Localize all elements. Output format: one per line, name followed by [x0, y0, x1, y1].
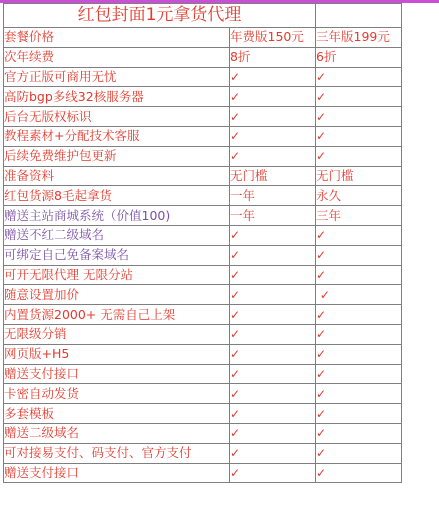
plan-a-cell: ✓	[230, 146, 316, 166]
plan-b-cell: 6折	[316, 47, 402, 67]
title-empty-cell	[316, 4, 402, 28]
feature-cell: 后续免费维护包更新	[4, 146, 230, 166]
feature-cell: 赠送二级域名	[4, 423, 230, 443]
feature-cell: 教程素材+分配技术客服	[4, 126, 230, 146]
table-row: 赠送不红二级域名✓✓	[4, 225, 402, 245]
feature-cell: 后台无版权标识	[4, 107, 230, 127]
plan-b-cell: ✓	[316, 225, 402, 245]
plan-a-cell: ✓	[230, 404, 316, 424]
plan-a-cell: ✓	[230, 305, 316, 325]
feature-cell: 卡密自动发货	[4, 384, 230, 404]
plan-a-cell: ✓	[230, 67, 316, 87]
plan-a-cell: ✓	[230, 285, 316, 305]
feature-cell: 高防bgp多线32核服务器	[4, 87, 230, 107]
title-row: 红包封面1元拿货代理	[4, 4, 402, 28]
header-row: 套餐价格 年费版150元 三年版199元	[4, 28, 402, 48]
feature-cell: 赠送不红二级域名	[4, 225, 230, 245]
plan-b-cell: ✓	[316, 265, 402, 285]
table-row: 高防bgp多线32核服务器✓✓	[4, 87, 402, 107]
plan-a-cell: ✓	[230, 245, 316, 265]
table-row: 赠送主站商城系统（价值100)一年三年	[4, 206, 402, 226]
feature-cell: 可对接易支付、码支付、官方支付	[4, 443, 230, 463]
plan-a-cell: ✓	[230, 344, 316, 364]
plan-a-cell: 8折	[230, 47, 316, 67]
plan-b-cell: ✓	[316, 404, 402, 424]
table-row: 可对接易支付、码支付、官方支付✓✓	[4, 443, 402, 463]
plan-b-cell: 无门槛	[316, 166, 402, 186]
plan-a-cell: ✓	[230, 384, 316, 404]
table-row: 可绑定自己免备案域名✓✓	[4, 245, 402, 265]
plan-b-cell: ✓	[316, 245, 402, 265]
plan-b-cell: 永久	[316, 186, 402, 206]
plan-b-cell: ✓	[316, 285, 402, 305]
pricing-table: 红包封面1元拿货代理 套餐价格 年费版150元 三年版199元 次年续费8折6折…	[3, 3, 402, 483]
feature-cell: 红包货源8毛起拿货	[4, 186, 230, 206]
table-row: 卡密自动发货✓✓	[4, 384, 402, 404]
plan-b-cell: ✓	[316, 384, 402, 404]
feature-cell: 可绑定自己免备案域名	[4, 245, 230, 265]
feature-cell: 准备资料	[4, 166, 230, 186]
plan-b-cell: ✓	[316, 423, 402, 443]
header-label: 套餐价格	[4, 28, 230, 48]
plan-a-cell: ✓	[230, 107, 316, 127]
table-row: 教程素材+分配技术客服✓✓	[4, 126, 402, 146]
plan-b-cell: ✓	[316, 146, 402, 166]
plan-a-cell: ✓	[230, 443, 316, 463]
plan-b-cell: ✓	[316, 463, 402, 483]
table-row: 赠送二级域名✓✓	[4, 423, 402, 443]
plan-a-cell: 一年	[230, 206, 316, 226]
feature-cell: 次年续费	[4, 47, 230, 67]
plan-b-cell: ✓	[316, 87, 402, 107]
plan-a-cell: 一年	[230, 186, 316, 206]
table-row: 赠送支付接口✓✓	[4, 463, 402, 483]
plan-a-cell: 无门槛	[230, 166, 316, 186]
table-row: 官方正版可商用无忧✓✓	[4, 67, 402, 87]
plan-b-cell: 三年	[316, 206, 402, 226]
table-row: 赠送支付接口✓✓	[4, 364, 402, 384]
feature-cell: 随意设置加价	[4, 285, 230, 305]
plan-a-cell: ✓	[230, 126, 316, 146]
feature-cell: 可开无限代理 无限分站	[4, 265, 230, 285]
plan-a-cell: ✓	[230, 87, 316, 107]
plan-b-header: 三年版199元	[316, 28, 402, 48]
plan-a-cell: ✓	[230, 265, 316, 285]
plan-a-cell: ✓	[230, 463, 316, 483]
plan-b-cell: ✓	[316, 126, 402, 146]
table-row: 次年续费8折6折	[4, 47, 402, 67]
plan-b-cell: ✓	[316, 443, 402, 463]
plan-a-cell: ✓	[230, 225, 316, 245]
plan-b-cell: ✓	[316, 324, 402, 344]
plan-a-cell: ✓	[230, 324, 316, 344]
table-row: 随意设置加价✓ ✓	[4, 285, 402, 305]
table-row: 多套模板✓✓	[4, 404, 402, 424]
plan-b-cell: ✓	[316, 344, 402, 364]
plan-b-cell: ✓	[316, 305, 402, 325]
table-row: 后续免费维护包更新✓✓	[4, 146, 402, 166]
feature-cell: 无限级分销	[4, 324, 230, 344]
plan-a-header: 年费版150元	[230, 28, 316, 48]
feature-cell: 官方正版可商用无忧	[4, 67, 230, 87]
table-row: 内置货源2000+ 无需自己上架✓✓	[4, 305, 402, 325]
feature-cell: 网页版+H5	[4, 344, 230, 364]
plan-b-cell: ✓	[316, 107, 402, 127]
feature-cell: 赠送支付接口	[4, 364, 230, 384]
table-row: 准备资料无门槛无门槛	[4, 166, 402, 186]
table-title: 红包封面1元拿货代理	[4, 4, 316, 28]
plan-a-cell: ✓	[230, 423, 316, 443]
plan-b-cell: ✓	[316, 364, 402, 384]
plan-a-cell: ✓	[230, 364, 316, 384]
feature-cell: 赠送主站商城系统（价值100)	[4, 206, 230, 226]
feature-cell: 赠送支付接口	[4, 463, 230, 483]
table-row: 可开无限代理 无限分站✓✓	[4, 265, 402, 285]
plan-b-cell: ✓	[316, 67, 402, 87]
feature-cell: 内置货源2000+ 无需自己上架	[4, 305, 230, 325]
feature-cell: 多套模板	[4, 404, 230, 424]
table-row: 无限级分销✓✓	[4, 324, 402, 344]
table-row: 网页版+H5✓✓	[4, 344, 402, 364]
table-row: 后台无版权标识✓✓	[4, 107, 402, 127]
table-row: 红包货源8毛起拿货一年永久	[4, 186, 402, 206]
